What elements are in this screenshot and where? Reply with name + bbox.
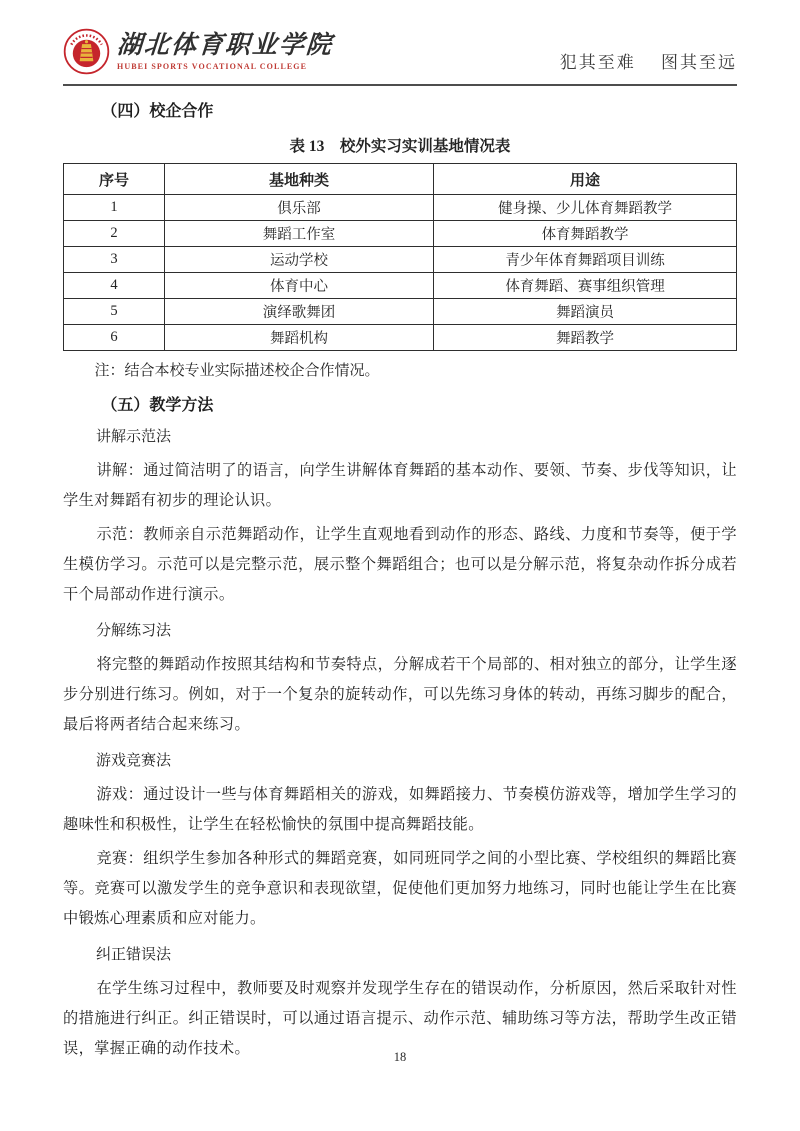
col-header-kind: 基地种类 — [164, 164, 433, 195]
training-base-table: 序号 基地种类 用途 1 俱乐部 健身操、少儿体育舞蹈教学 2 舞蹈工作室 体育… — [63, 163, 737, 351]
college-name-en: HUBEI SPORTS VOCATIONAL COLLEGE — [117, 62, 333, 71]
cell-kind: 体育中心 — [164, 273, 433, 299]
cell-no: 6 — [64, 325, 165, 351]
col-header-use: 用途 — [434, 164, 737, 195]
cell-use: 舞蹈演员 — [434, 299, 737, 325]
col-header-no: 序号 — [64, 164, 165, 195]
cell-use: 体育舞蹈、赛事组织管理 — [434, 273, 737, 299]
table-row: 3 运动学校 青少年体育舞蹈项目训练 — [64, 247, 737, 273]
cell-kind: 舞蹈机构 — [164, 325, 433, 351]
section4-heading: （四）校企合作 — [63, 102, 737, 122]
cell-kind: 演绎歌舞团 — [164, 299, 433, 325]
cell-no: 3 — [64, 247, 165, 273]
header-motto: 犯其至难 图其至远 — [560, 48, 737, 75]
document-page: 湖北体育职业学院 HUBEI SPORTS VOCATIONAL COLLEGE… — [0, 0, 800, 1131]
table-header-row: 序号 基地种类 用途 — [64, 164, 737, 195]
table-row: 2 舞蹈工作室 体育舞蹈教学 — [64, 221, 737, 247]
cell-use: 体育舞蹈教学 — [434, 221, 737, 247]
method-subheading: 游戏竞赛法 — [63, 746, 737, 776]
paragraph: 游戏：通过设计一些与体育舞蹈相关的游戏，如舞蹈接力、节奏模仿游戏等，增加学生学习… — [63, 780, 737, 840]
method-subheading: 讲解示范法 — [63, 422, 737, 452]
cell-no: 5 — [64, 299, 165, 325]
college-logo: 湖北体育职业学院 HUBEI SPORTS VOCATIONAL COLLEGE — [63, 28, 333, 75]
paragraph: 将完整的舞蹈动作按照其结构和节奏特点，分解成若干个局部的、相对独立的部分，让学生… — [63, 650, 737, 740]
college-name-block: 湖北体育职业学院 HUBEI SPORTS VOCATIONAL COLLEGE — [117, 32, 333, 71]
cell-no: 4 — [64, 273, 165, 299]
paragraph: 讲解：通过简洁明了的语言，向学生讲解体育舞蹈的基本动作、要领、节奏、步伐等知识，… — [63, 456, 737, 516]
college-name-cn: 湖北体育职业学院 — [116, 32, 334, 60]
method-subheading: 纠正错误法 — [63, 940, 737, 970]
paragraph: 竞赛：组织学生参加各种形式的舞蹈竞赛，如同班同学之间的小型比赛、学校组织的舞蹈比… — [63, 844, 737, 934]
cell-kind: 俱乐部 — [164, 195, 433, 221]
page-number: 18 — [0, 1050, 800, 1065]
table13-title: 表 13 校外实习实训基地情况表 — [63, 137, 737, 157]
page-header: 湖北体育职业学院 HUBEI SPORTS VOCATIONAL COLLEGE… — [63, 0, 737, 86]
table-note: 注：结合本校专业实际描述校企合作情况。 — [63, 360, 737, 382]
cell-use: 健身操、少儿体育舞蹈教学 — [434, 195, 737, 221]
table-row: 5 演绎歌舞团 舞蹈演员 — [64, 299, 737, 325]
cell-kind: 舞蹈工作室 — [164, 221, 433, 247]
cell-use: 舞蹈教学 — [434, 325, 737, 351]
cell-no: 1 — [64, 195, 165, 221]
table-row: 1 俱乐部 健身操、少儿体育舞蹈教学 — [64, 195, 737, 221]
paragraph: 示范：教师亲自示范舞蹈动作，让学生直观地看到动作的形态、路线、力度和节奏等，便于… — [63, 520, 737, 610]
table-row: 6 舞蹈机构 舞蹈教学 — [64, 325, 737, 351]
section5-heading: （五）教学方法 — [63, 396, 737, 416]
cell-kind: 运动学校 — [164, 247, 433, 273]
method-subheading: 分解练习法 — [63, 616, 737, 646]
table-row: 4 体育中心 体育舞蹈、赛事组织管理 — [64, 273, 737, 299]
cell-use: 青少年体育舞蹈项目训练 — [434, 247, 737, 273]
document-body: （四）校企合作 表 13 校外实习实训基地情况表 序号 基地种类 用途 1 俱乐… — [63, 102, 737, 1064]
college-seal-icon — [63, 28, 110, 75]
cell-no: 2 — [64, 221, 165, 247]
